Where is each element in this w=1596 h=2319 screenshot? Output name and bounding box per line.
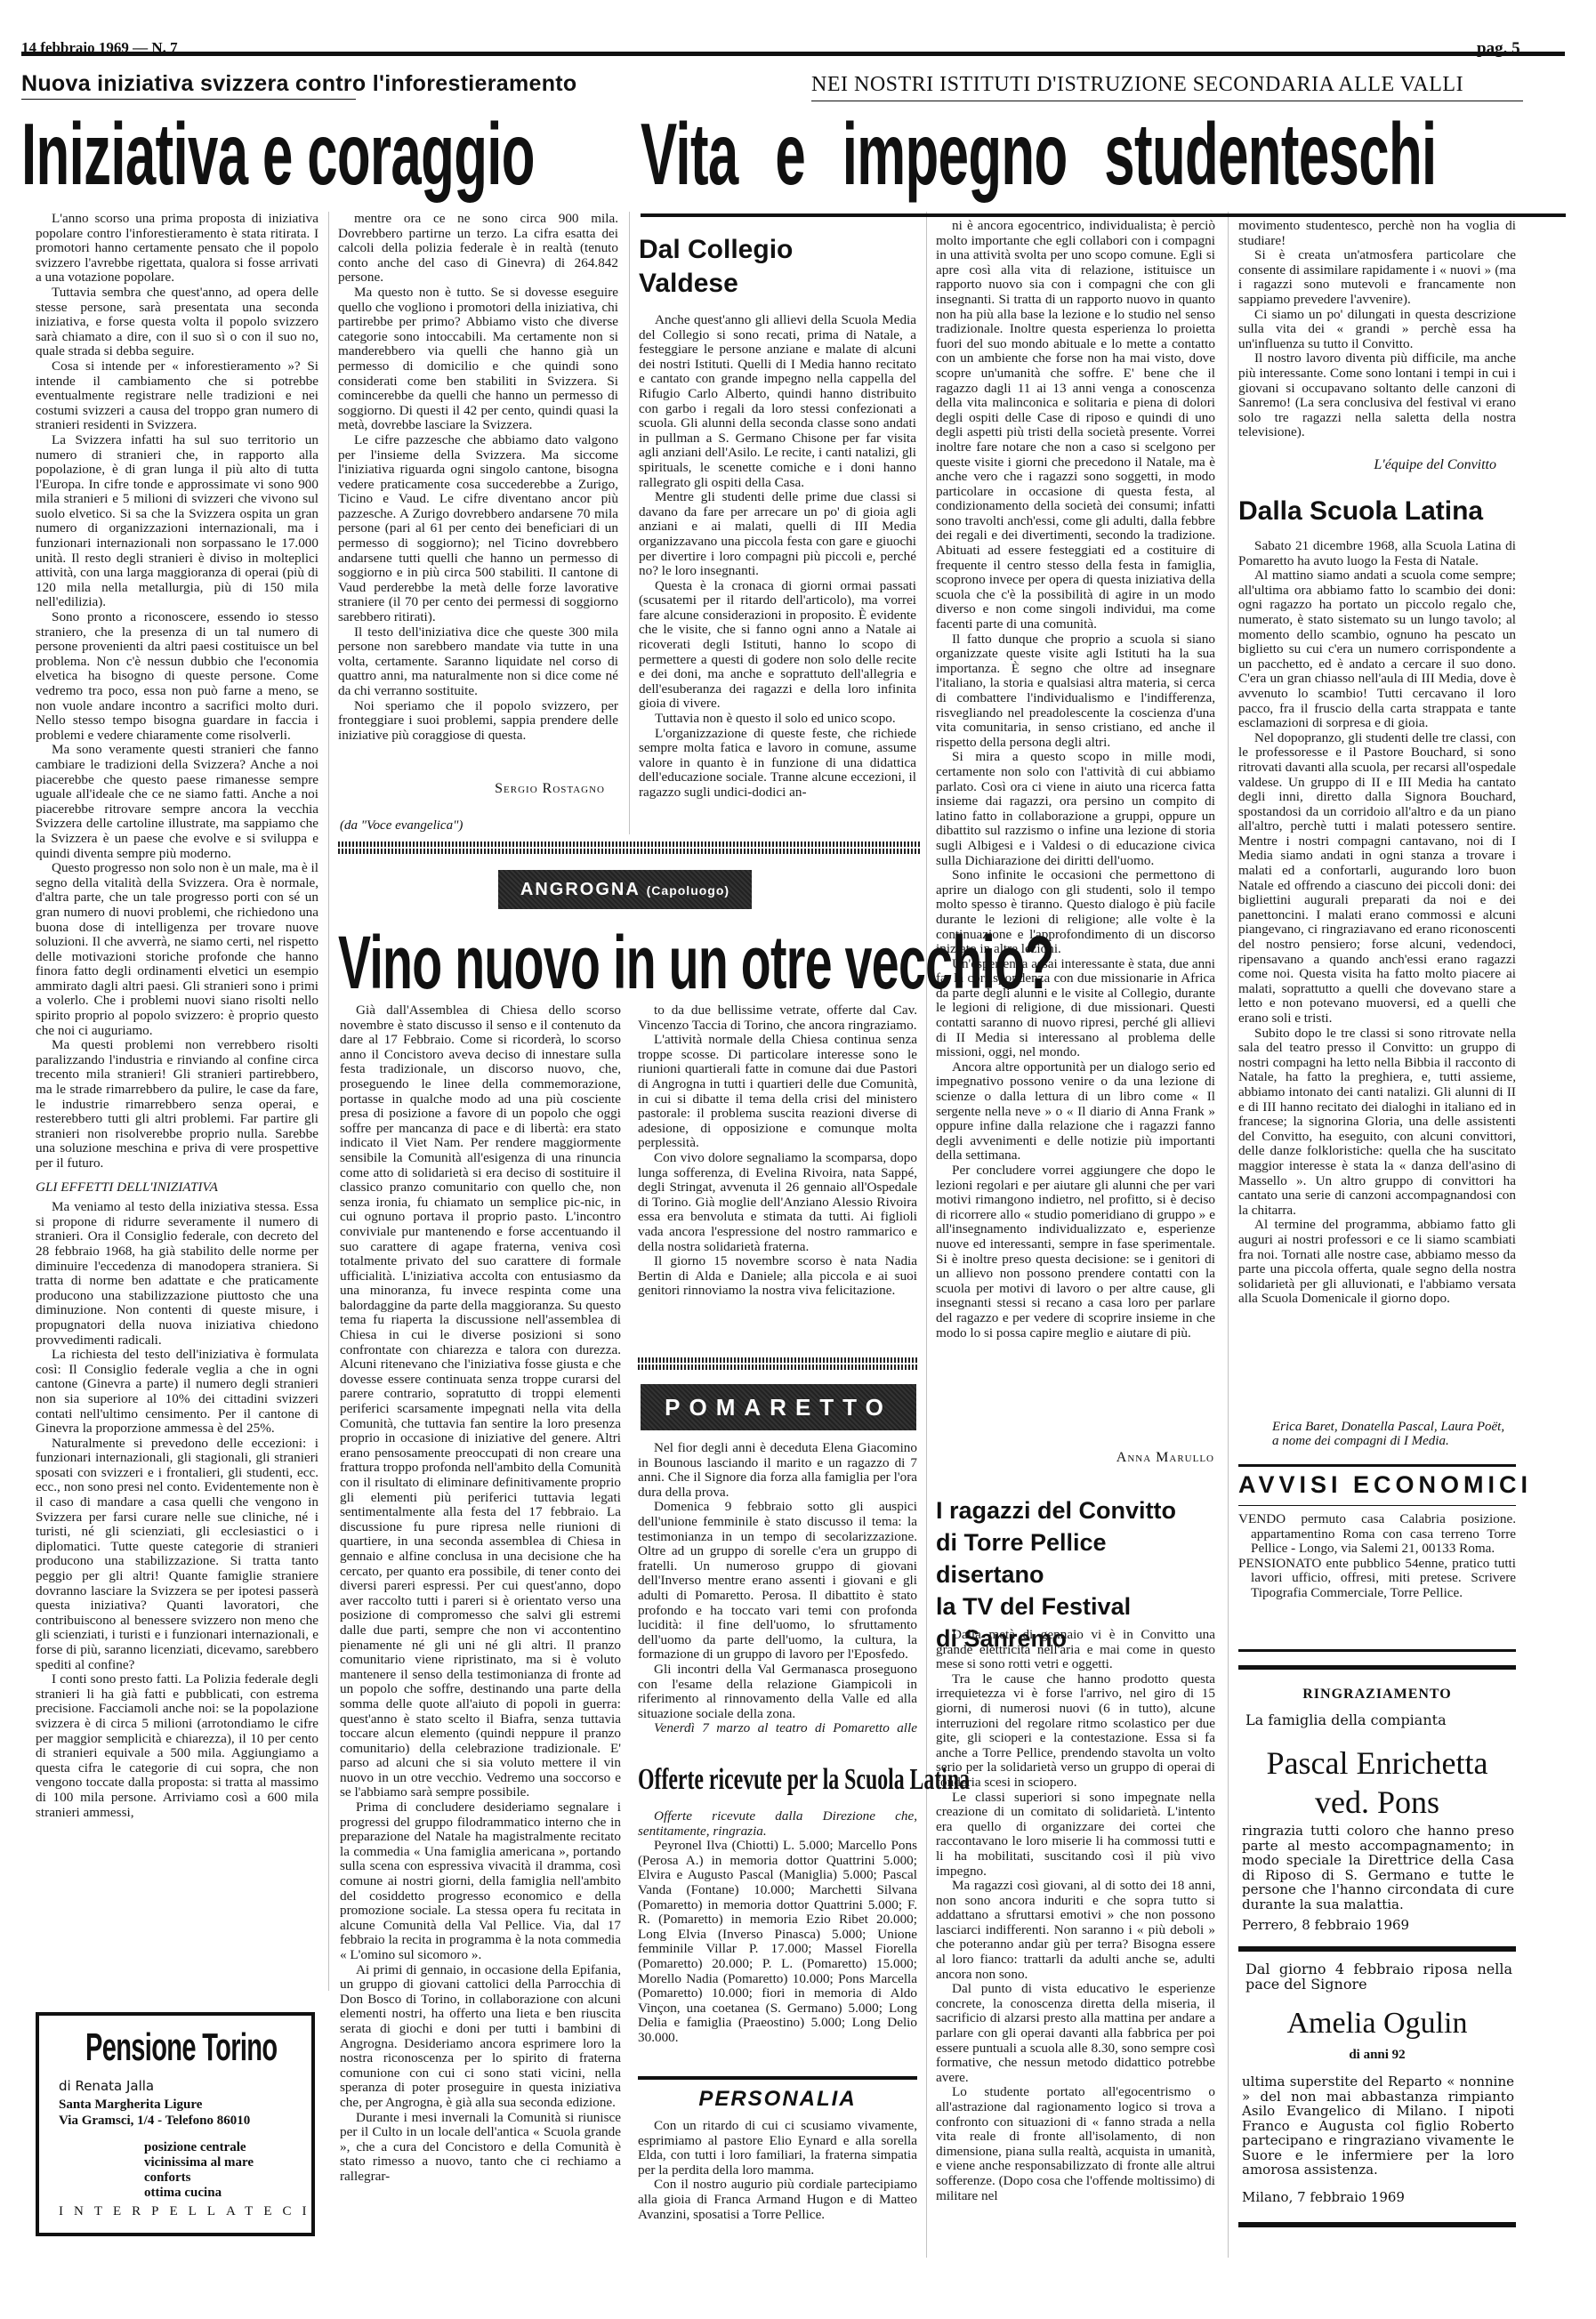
necrologio-date: Milano, 7 febbraio 1969 — [1242, 2190, 1514, 2205]
divider-dotted-angrogna — [338, 841, 921, 847]
angrogna-label: ANGROGNA — [520, 880, 640, 899]
ringraziamento-title: RINGRAZIAMENTO — [1238, 1687, 1516, 1703]
convitto-col1: Dalla metà di gennaio vi è in Convitto u… — [936, 1628, 1215, 2304]
signature-students: Erica Baret, Donatella Pascal, Laura Poë… — [1272, 1420, 1512, 1448]
pensione-address: Via Gramsci, 1/4 - Telefono 86010 — [59, 2114, 250, 2129]
angrogna-sublabel: (Capoluogo) — [647, 883, 729, 898]
source-voce-evangelica: (da "Voce evangelica") — [340, 818, 463, 833]
ringraziamento-name-1: Pascal Enrichetta — [1238, 1743, 1516, 1784]
necrologio-rule-bottom — [1238, 2222, 1516, 2227]
masthead-rule — [21, 52, 1565, 56]
necrologio-age: di anni 92 — [1238, 2048, 1516, 2063]
ringraziamento-name-2: ved. Pons — [1238, 1783, 1516, 1823]
angrogna-col1: Già dall'Assemblea di Chiesa dello scors… — [340, 1003, 621, 2284]
convitto-col2: movimento studentesco, perchè non ha vog… — [1238, 219, 1516, 450]
headline-rule — [641, 213, 1566, 217]
scuola-latina-title: Dalla Scuola Latina — [1238, 495, 1483, 528]
avvisi-body: VENDO permuto casa Calabria posizione. a… — [1238, 1512, 1516, 1637]
personalia-body: Con un ritardo di cui ci scusiamo vivame… — [638, 2119, 917, 2243]
column-divider — [629, 212, 630, 834]
column-divider — [1228, 212, 1229, 2258]
offerte-title: Offerte ricevute per la Scuola Latina — [638, 1763, 970, 1797]
signature-marullo: Anna Marullo — [943, 1450, 1214, 1466]
pomaretto-banner: POMARETTO — [641, 1384, 916, 1430]
offerte-body: Offerte ricevute dalla Direzione che, se… — [638, 1809, 917, 2049]
divider-dotted-pomaretto — [638, 1357, 917, 1363]
ringraziamento-text: ringrazia tutti coloro che hanno preso p… — [1242, 1824, 1514, 1912]
offerte-rule — [638, 2076, 917, 2080]
pensione-cta: INTERPELLATECI — [59, 2204, 317, 2219]
necrologio-name: Amelia Ogulin — [1238, 2005, 1516, 2043]
ringraziamento-lead: La famiglia della compianta — [1245, 1713, 1512, 1728]
angrogna-headline: Vino nuovo in un otre vecchio? — [338, 925, 1054, 1000]
avviso-item: PENSIONATO ente pubblico 54enne, pratico… — [1238, 1557, 1516, 1601]
scuola-latina-body: Sabato 21 dicembre 1968, alla Scuola Lat… — [1238, 539, 1516, 1420]
necrologio-text: ultima superstite del Reparto « nonnine … — [1242, 2074, 1514, 2178]
pensione-owner: di Renata Jalla — [59, 2078, 154, 2094]
right-kicker: NEI NOSTRI ISTITUTI D'ISTRUZIONE SECONDA… — [811, 73, 1463, 97]
collegio-col1: Anche quest'anno gli allievi della Scuol… — [639, 313, 916, 829]
divider-dotted-angrogna-2 — [338, 849, 921, 854]
ringraziamento-date: Perrero, 8 febbraio 1969 — [1242, 1918, 1514, 1933]
collegio-col2: ni è ancora egocentrico, individualista;… — [936, 219, 1215, 1430]
necrologio-lead: Dal giorno 4 febbraio riposa nella pace … — [1245, 1962, 1512, 1992]
inforestieramento-col1: L'anno scorso una prima proposta di iniz… — [36, 212, 318, 1848]
signature-rostagno: Sergio Rostagno — [338, 781, 605, 797]
divider-dotted-pomaretto-2 — [638, 1365, 917, 1370]
avviso-item: VENDO permuto casa Calabria posizione. a… — [1238, 1512, 1516, 1557]
column-divider — [926, 212, 927, 2258]
pensione-name: Pensione Torino — [85, 2028, 265, 2067]
necrologio-rule-top — [1238, 1946, 1516, 1952]
pensione-torino-ad: Pensione Torino di Renata Jalla Santa Ma… — [36, 2012, 315, 2236]
pensione-town: Santa Margherita Ligure — [59, 2098, 202, 2113]
inforestieramento-col2: mentre ora ce ne sono circa 900 mila. Do… — [338, 212, 618, 772]
angrogna-col2: to da due bellissime vetrate, offerte da… — [638, 1003, 917, 1377]
avvisi-rule-top — [1238, 1464, 1516, 1467]
angrogna-banner: ANGROGNA (Capoluogo) — [498, 870, 752, 909]
headline-left: Iniziativa e coraggio — [21, 110, 535, 197]
subhead-effetti: GLI EFFETTI DELL'INIZIATIVA — [36, 1180, 318, 1196]
ringraziamento-rule-top — [1238, 1665, 1516, 1670]
headline-right: Vita e impegno studenteschi — [641, 110, 1437, 197]
column-divider — [328, 212, 329, 1991]
kicker-rule-left — [21, 99, 356, 100]
collegio-title: Dal Collegio Valdese — [639, 233, 870, 300]
avvisi-title: AVVISI ECONOMICI — [1238, 1471, 1532, 1499]
left-kicker: Nuova iniziativa svizzera contro l'infor… — [21, 71, 577, 97]
kicker-rule-right — [811, 101, 1523, 101]
pomaretto-body: Nel fior degli anni è deceduta Elena Gia… — [638, 1441, 917, 1735]
personalia-title: PERSONALIA — [638, 2087, 917, 2112]
avvisi-end-rule — [1238, 1649, 1516, 1652]
signature-equipe: L'équipe del Convitto — [1238, 457, 1496, 473]
pensione-features: posizione centrale vicinissima al mare c… — [144, 2140, 254, 2201]
avvisi-rule-bottom — [1238, 1505, 1516, 1506]
